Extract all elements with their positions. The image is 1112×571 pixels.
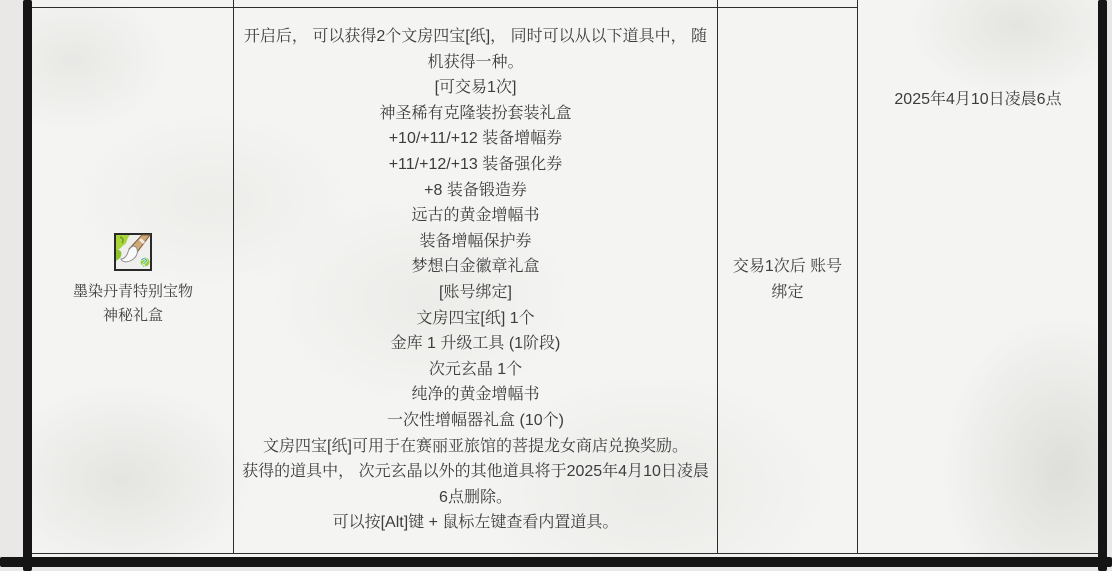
- description-line: 机获得一种。: [242, 50, 709, 76]
- item-giftbox-icon[interactable]: ?: [114, 233, 152, 271]
- description-line: 获得的道具中， 次元玄晶以外的其他道具将于2025年4月10日凌晨: [242, 459, 709, 485]
- announcement-table-page: ? 墨染丹青特别宝物神秘礼盒 开启后， 可以获得2个文房四宝[纸]， 同时可以从…: [0, 0, 1112, 571]
- item-name: 墨染丹青特别宝物神秘礼盒: [73, 280, 193, 328]
- description-text: 开启后， 可以获得2个文房四宝[纸]， 同时可以从以下道具中， 随机获得一种。[…: [242, 24, 709, 536]
- description-line: [账号绑定]: [242, 280, 709, 306]
- description-line: 文房四宝[纸] 1个: [242, 306, 709, 332]
- trade-rule-text: 交易1次后 账号绑定: [733, 254, 842, 306]
- description-line: 梦想白金徽章礼盒: [242, 254, 709, 280]
- description-line: 次元玄晶 1个: [242, 357, 709, 383]
- expiry-cell: 2025年4月10日凌晨6点: [858, 0, 1098, 553]
- ink-border-left: [23, 0, 32, 571]
- item-name-line: 墨染丹青特别宝物: [73, 280, 193, 304]
- description-line: 远古的黄金增幅书: [242, 203, 709, 229]
- description-line: +10/+11/+12 装备增幅券: [242, 126, 709, 152]
- description-cell: 开启后， 可以获得2个文房四宝[纸]， 同时可以从以下道具中， 随机获得一种。[…: [234, 7, 717, 553]
- description-line: 文房四宝[纸]可用于在赛丽亚旅馆的菩提龙女商店兑换奖励。: [242, 434, 709, 460]
- description-line: +8 装备锻造券: [242, 178, 709, 204]
- item-name-line: 神秘礼盒: [73, 304, 193, 328]
- description-line: 6点删除。: [242, 485, 709, 511]
- trade-rule-line: 绑定: [733, 280, 842, 306]
- ink-border-bottom: [0, 557, 1112, 567]
- question-mark-badge: ?: [140, 255, 148, 270]
- ink-border-right: [1098, 0, 1107, 571]
- table-row-divider-bottom: [32, 553, 1098, 554]
- expiry-date: 2025年4月10日凌晨6点: [894, 86, 1061, 109]
- description-line: 金库 1 升级工具 (1阶段): [242, 331, 709, 357]
- description-line: [可交易1次]: [242, 75, 709, 101]
- description-line: 一次性增幅器礼盒 (10个): [242, 408, 709, 434]
- description-line: 纯净的黄金增幅书: [242, 382, 709, 408]
- description-line: 可以按[Alt]键 + 鼠标左键查看内置道具。: [242, 510, 709, 536]
- trade-rule-cell: 交易1次后 账号绑定: [718, 7, 857, 553]
- description-line: 装备增幅保护券: [242, 229, 709, 255]
- description-line: 开启后， 可以获得2个文房四宝[纸]， 同时可以从以下道具中， 随: [242, 24, 709, 50]
- description-line: +11/+12/+13 装备强化券: [242, 152, 709, 178]
- trade-rule-line: 交易1次后 账号: [733, 254, 842, 280]
- ink-brush-icon: ?: [114, 233, 152, 271]
- description-line: 神圣稀有克隆装扮套装礼盒: [242, 101, 709, 127]
- item-cell: ? 墨染丹青特别宝物神秘礼盒: [33, 7, 233, 553]
